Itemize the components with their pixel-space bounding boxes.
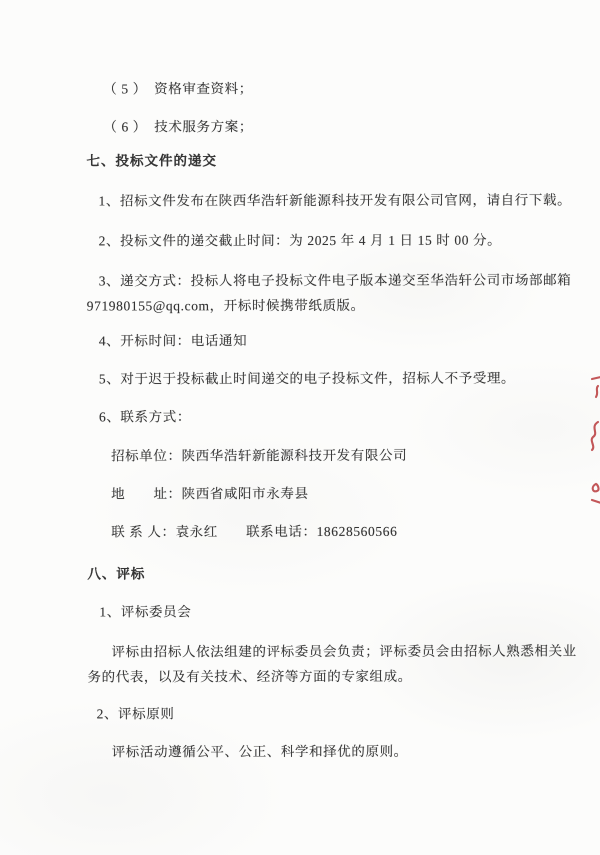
document-page: （ 5 ） 资格审查资料； （ 6 ） 技术服务方案； 七、投标文件的递交 1、… (0, 0, 600, 855)
red-ink-annotation-mark-1 (589, 376, 600, 400)
contact-address-line: 地 址：陕西省咸阳市永寿县 (111, 485, 308, 502)
contact-org-line: 招标单位：陕西华浩轩新能源科技开发有限公司 (111, 447, 407, 465)
paragraph-evaluation-principles: 评标活动遵循公平、公正、科学和择优的原则。 (112, 743, 408, 761)
item-7-1: 1、招标文件发布在陕西华浩轩新能源科技开发有限公司官网，请自行下载。 (99, 191, 572, 209)
red-ink-annotation-mark-2 (587, 420, 600, 452)
paragraph-evaluation-committee-continuation: 务的代表，以及有关技术、经济等方面的专家组成。 (88, 668, 412, 686)
item-8-2: 2、评标原则 (97, 705, 175, 722)
red-ink-annotation-mark-3 (589, 481, 600, 507)
paragraph-evaluation-committee: 评标由招标人依法组建的评标委员会负责；评标委员会由招标人熟悉相关业 (111, 642, 576, 660)
list-item-6: （ 6 ） 技术服务方案； (103, 118, 253, 135)
item-8-1: 1、评标委员会 (99, 603, 191, 620)
section-heading-8: 八、评标 (87, 565, 145, 582)
contact-person-line: 联 系 人：袁永红 联系电话：18628560566 (111, 523, 397, 541)
item-7-3-continuation: 971980155@qq.com，开标时候携带纸质版。 (87, 297, 365, 315)
item-7-5: 5、对于迟于投标截止时间递交的电子投标文件，招标人不予受理。 (99, 370, 515, 388)
list-item-5: （ 5 ） 资格审查资料； (103, 80, 253, 97)
item-7-2: 2、投标文件的递交截止时间：为 2025 年 4 月 1 日 15 时 00 分… (99, 232, 502, 250)
item-7-3: 3、递交方式：投标人将电子投标文件电子版本递交至华浩轩公司市场部邮箱 (99, 271, 572, 289)
item-7-4: 4、开标时间：电话通知 (99, 332, 247, 349)
document-content: （ 5 ） 资格审查资料； （ 6 ） 技术服务方案； 七、投标文件的递交 1、… (0, 0, 600, 855)
item-7-6: 6、联系方式： (99, 408, 191, 425)
section-heading-7: 七、投标文件的递交 (86, 152, 217, 169)
